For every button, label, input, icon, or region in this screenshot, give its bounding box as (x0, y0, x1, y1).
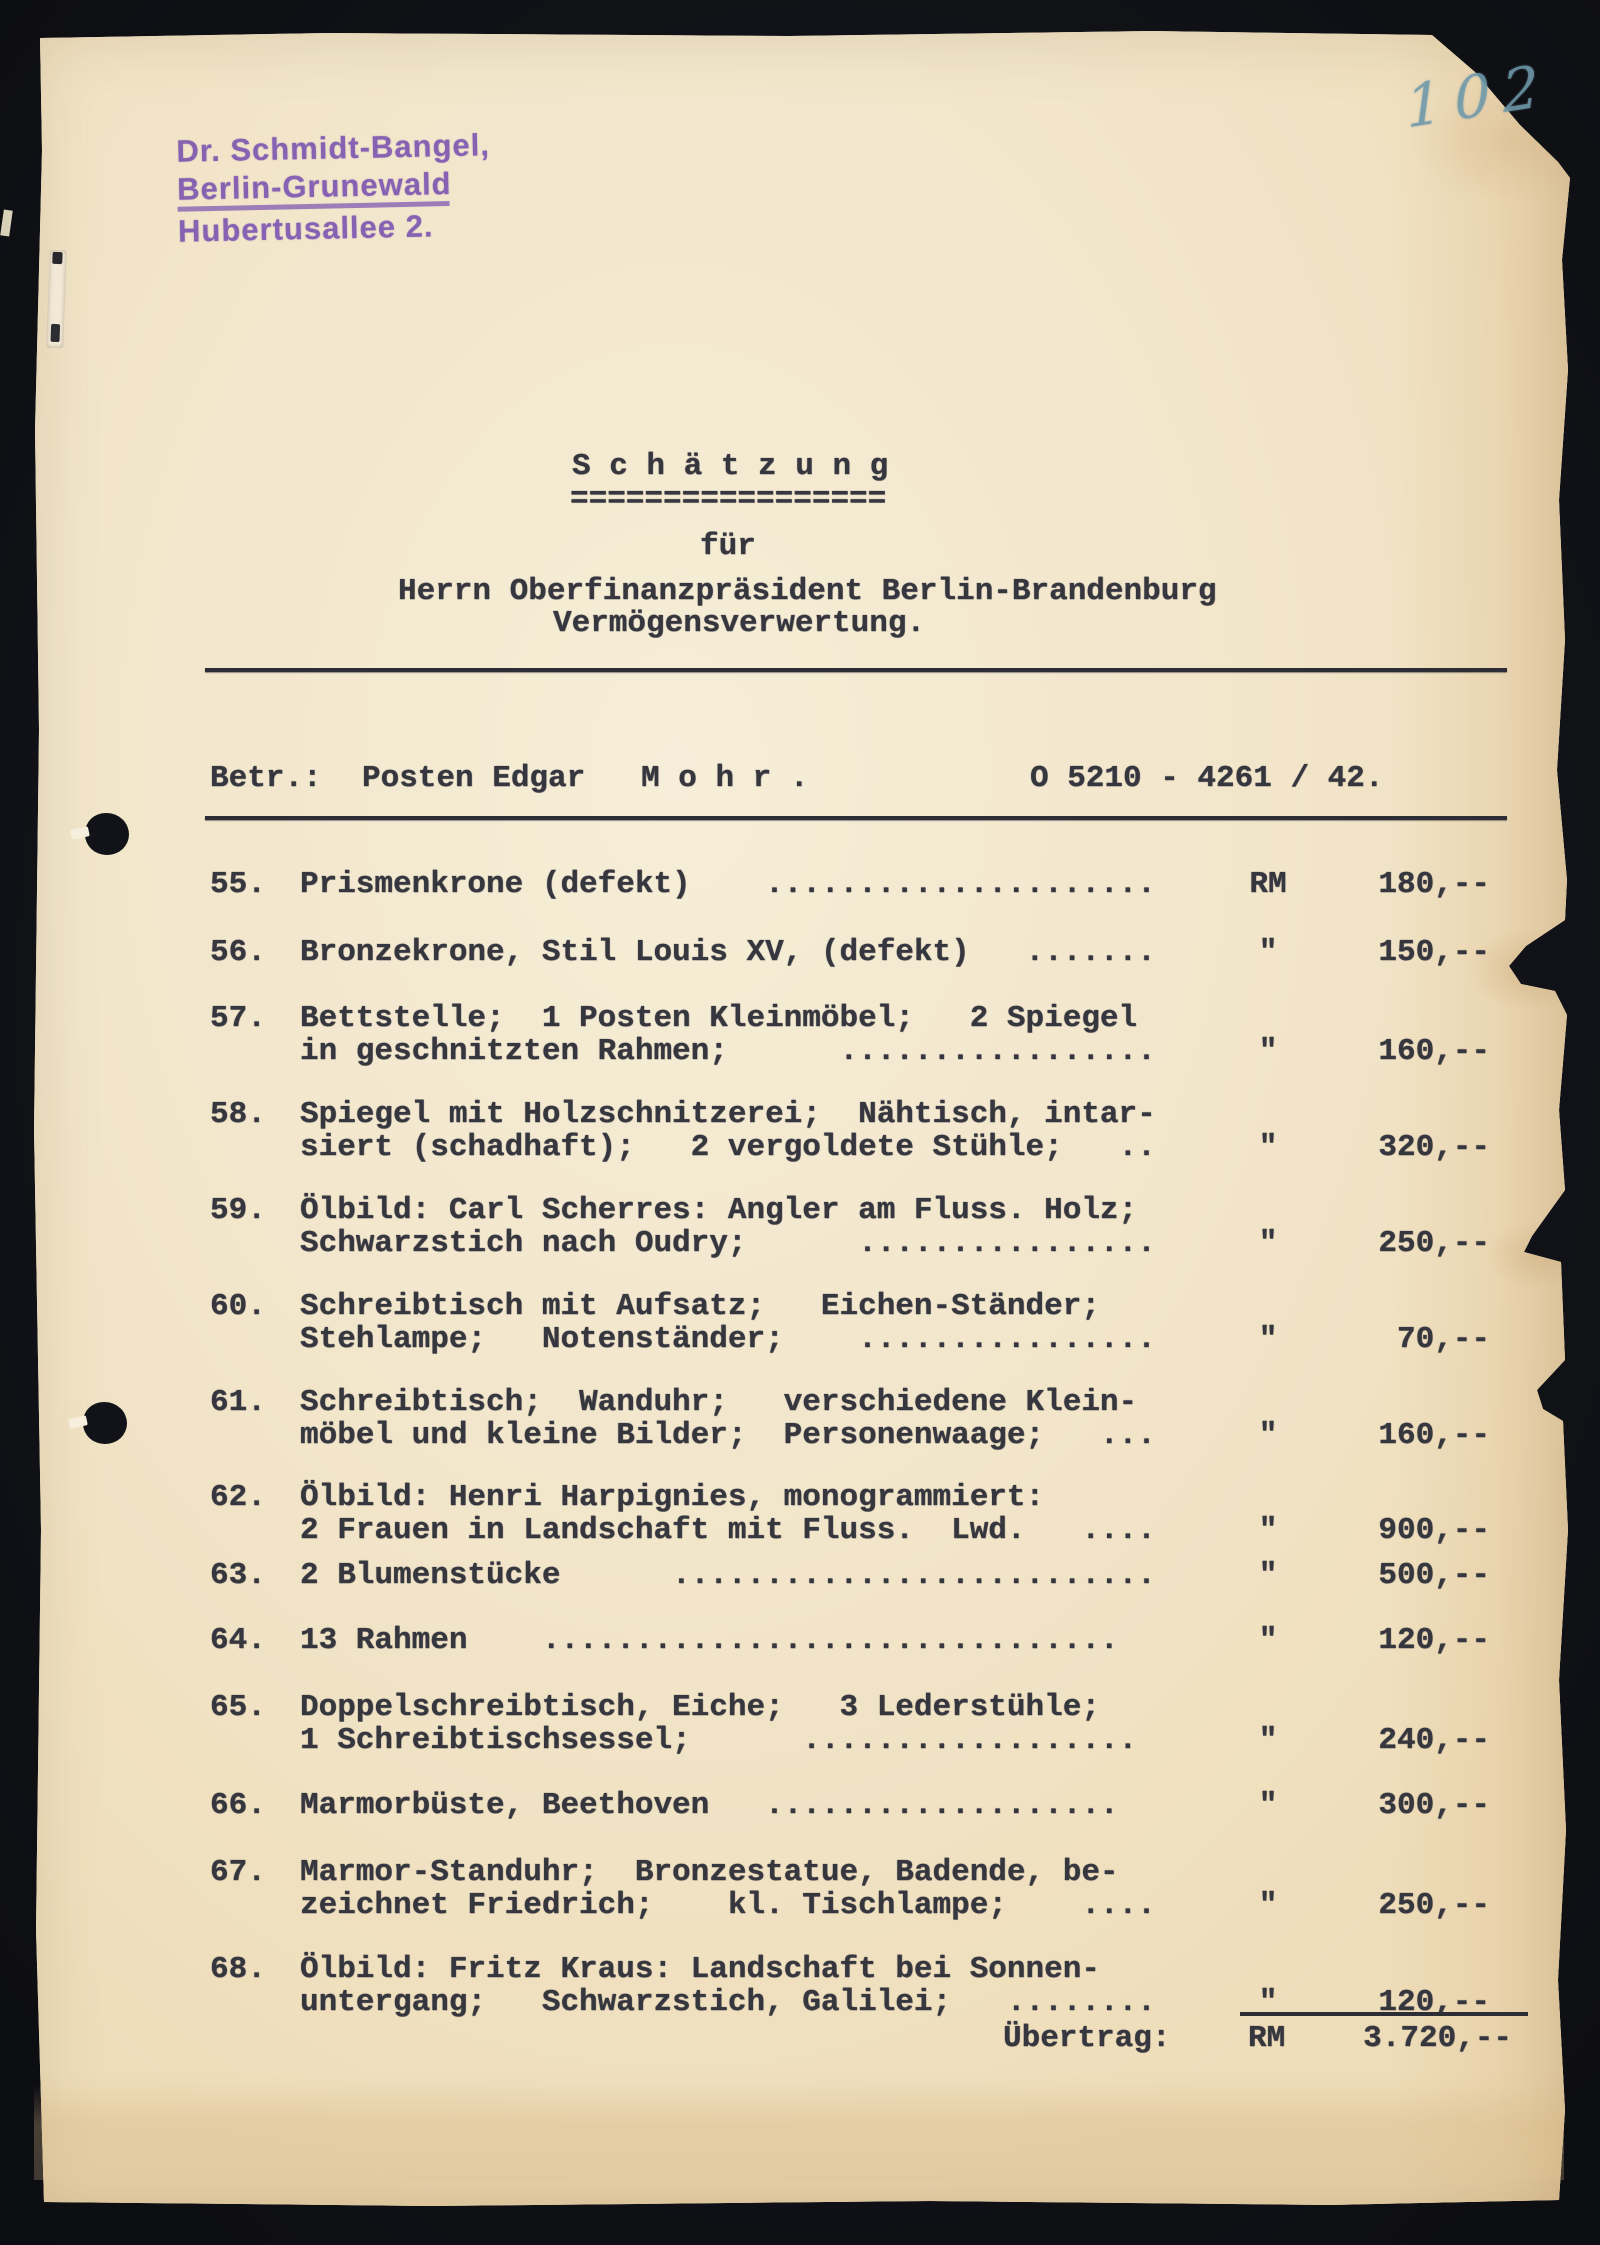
hole-punch-bottom (83, 1402, 127, 1444)
staple-remnant (46, 250, 66, 349)
horizontal-rule-bottom (205, 816, 1507, 820)
item-currency: " (1244, 1323, 1292, 1356)
carryover-label: Übertrag: (1003, 2022, 1170, 2055)
item-description: 13 Rahmen ..............................… (300, 1624, 1119, 1657)
item-amount: 180,-- (1330, 868, 1490, 901)
item-number: 62. (210, 1481, 266, 1514)
item-currency: " (1244, 1131, 1292, 1164)
item-currency: " (1244, 936, 1292, 969)
document-title: S c h ä t z u n g (572, 450, 888, 483)
amount-underline (1240, 2012, 1528, 2016)
item-number: 55. (210, 868, 266, 901)
item-amount: 250,-- (1330, 1227, 1490, 1260)
recipient-line-1: Herrn Oberfinanzpräsident Berlin-Branden… (398, 575, 1217, 608)
item-amount: 160,-- (1330, 1419, 1490, 1452)
item-number: 60. (210, 1290, 266, 1323)
item-number: 65. (210, 1691, 266, 1724)
subject-label: Betr.: (210, 762, 322, 795)
item-number: 66. (210, 1789, 266, 1822)
paper-fragment (0, 210, 13, 237)
item-number: 56. (210, 936, 266, 969)
stamp-name: Dr. Schmidt-Bangel, (176, 127, 490, 170)
item-description: Schreibtisch; Wanduhr; verschiedene Klei… (300, 1386, 1156, 1452)
item-currency: " (1244, 1624, 1292, 1657)
item-number: 57. (210, 1002, 266, 1035)
item-description: Ölbild: Carl Scherres: Angler am Fluss. … (300, 1194, 1156, 1260)
item-amount: 240,-- (1330, 1724, 1490, 1757)
item-description: Schreibtisch mit Aufsatz; Eichen-Ständer… (300, 1290, 1156, 1356)
item-amount: 160,-- (1330, 1035, 1490, 1068)
item-description: Ölbild: Henri Harpignies, monogrammiert:… (300, 1481, 1156, 1547)
item-currency: " (1244, 1514, 1292, 1547)
file-reference-number: O 5210 - 4261 / 42. (1030, 762, 1383, 795)
item-description: Doppelschreibtisch, Eiche; 3 Lederstühle… (300, 1691, 1137, 1757)
item-amount: 320,-- (1330, 1131, 1490, 1164)
horizontal-rule-top (205, 668, 1507, 672)
item-amount: 150,-- (1330, 936, 1490, 969)
item-amount: 500,-- (1330, 1559, 1490, 1592)
title-underline: ================= (570, 483, 886, 516)
item-number: 68. (210, 1953, 266, 1986)
item-description: Prismenkrone (defekt) ..................… (300, 868, 1156, 901)
subject-text: Posten Edgar M o h r . (362, 762, 808, 795)
heading-preposition: für (700, 530, 756, 563)
item-currency: " (1244, 1035, 1292, 1068)
item-amount: 70,-- (1330, 1323, 1490, 1356)
item-number: 59. (210, 1194, 266, 1227)
item-description: 2 Blumenstücke .........................… (300, 1559, 1156, 1592)
scanned-document-page: Dr. Schmidt-Bangel, Berlin-Grunewald Hub… (0, 0, 1600, 2245)
item-currency: " (1244, 1724, 1292, 1757)
item-currency: " (1244, 1889, 1292, 1922)
item-description: Marmor-Standuhr; Bronzestatue, Badende, … (300, 1856, 1156, 1922)
stamp-street: Hubertusallee 2. (178, 208, 434, 249)
item-currency: " (1244, 1419, 1292, 1452)
item-amount: 250,-- (1330, 1889, 1490, 1922)
item-number: 61. (210, 1386, 266, 1419)
item-currency: " (1244, 1227, 1292, 1260)
item-description: Ölbild: Fritz Kraus: Landschaft bei Sonn… (300, 1953, 1156, 2019)
item-amount: 120,-- (1330, 1624, 1490, 1657)
item-amount: 300,-- (1330, 1789, 1490, 1822)
item-currency: RM (1244, 868, 1292, 901)
carryover-amount: 3.720,-- (1352, 2022, 1512, 2055)
item-description: Bettstelle; 1 Posten Kleinmöbel; 2 Spieg… (300, 1002, 1156, 1068)
hole-punch-top (85, 813, 129, 855)
item-description: Spiegel mit Holzschnitzerei; Nähtisch, i… (300, 1098, 1156, 1164)
item-currency: " (1244, 1559, 1292, 1592)
item-description: Marmorbüste, Beethoven .................… (300, 1789, 1119, 1822)
carryover-currency: RM (1248, 2022, 1285, 2055)
item-number: 67. (210, 1856, 266, 1889)
item-number: 63. (210, 1559, 266, 1592)
item-number: 58. (210, 1098, 266, 1131)
item-currency: " (1244, 1789, 1292, 1822)
recipient-line-2: Vermögensverwertung. (553, 607, 925, 640)
item-description: Bronzekrone, Stil Louis XV, (defekt) ...… (300, 936, 1156, 969)
item-amount: 900,-- (1330, 1514, 1490, 1547)
item-number: 64. (210, 1624, 266, 1657)
